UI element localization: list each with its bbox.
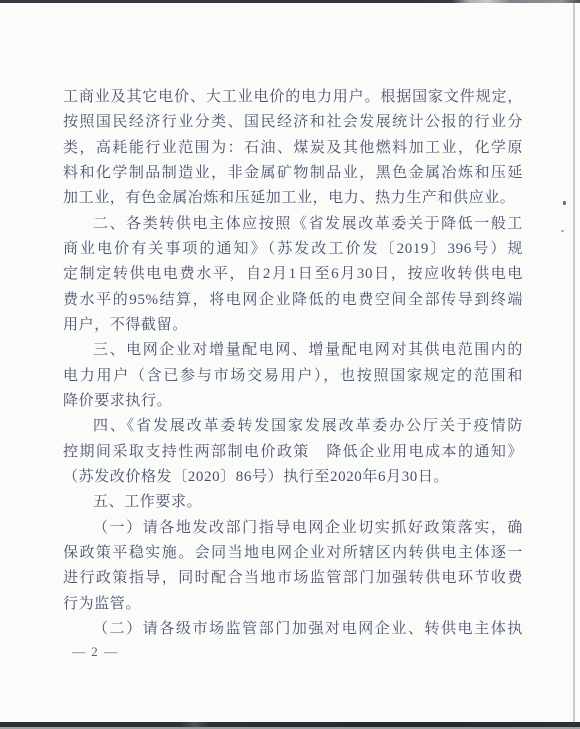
text-line: 控期间采取支持性两部制电价政策 降低企业用电成本的通知》 xyxy=(63,440,523,465)
paragraph: 工商业及其它电价、大工业电价的电力用户。根据国家文件规定，按照国民经济行业分类、… xyxy=(63,85,523,212)
page-number: — 2 — xyxy=(72,644,119,660)
paragraph: （一）请各地发改部门指导电网企业切实抓好政策落实，确保政策平稳实施。会同当地电网… xyxy=(63,516,523,617)
text-line: （一）请各地发改部门指导电网企业切实抓好政策落实，确 xyxy=(63,516,523,541)
text-line: 工商业及其它电价、大工业电价的电力用户。根据国家文件规定， xyxy=(63,85,523,110)
text-line: 用户，不得截留。 xyxy=(63,313,523,338)
text-line: 定制定转供电电费水平，自2月1日至6月30日，按应收转供电电 xyxy=(63,262,523,287)
text-line: （苏发改价格发〔2020〕86号）执行至2020年6月30日。 xyxy=(63,465,523,490)
text-line: 三、电网企业对增量配电网、增量配电网对其供电范围内的 xyxy=(63,338,523,363)
scan-speck xyxy=(561,230,564,232)
text-line: 按照国民经济行业分类、国民经济和社会发展统计公报的行业分 xyxy=(63,110,523,135)
scanned-page: 工商业及其它电价、大工业电价的电力用户。根据国家文件规定，按照国民经济行业分类、… xyxy=(0,0,580,729)
paragraph: （二）请各级市场监管部门加强对电网企业、转供电主体执 xyxy=(63,617,523,642)
text-line: 二、各类转供电主体应按照《省发展改革委关于降低一般工 xyxy=(63,212,523,237)
text-line: 五、工作要求。 xyxy=(63,490,523,515)
paragraph: 二、各类转供电主体应按照《省发展改革委关于降低一般工商业电价有关事项的通知》（苏… xyxy=(63,212,523,339)
text-line: 降价要求执行。 xyxy=(63,389,523,414)
text-line: 四、《省发展改革委转发国家发展改革委办公厅关于疫情防 xyxy=(63,414,523,439)
text-line: 电力用户（含已参与市场交易用户），也按照国家规定的范围和 xyxy=(63,364,523,389)
text-line: 行为监管。 xyxy=(63,592,523,617)
text-line: 类，高耗能行业范围为：石油、煤炭及其他燃料加工业，化学原 xyxy=(63,136,523,161)
paragraph: 四、《省发展改革委转发国家发展改革委办公厅关于疫情防控期间采取支持性两部制电价政… xyxy=(63,414,523,490)
scan-edge-right-line xyxy=(573,0,575,729)
text-line: （二）请各级市场监管部门加强对电网企业、转供电主体执 xyxy=(63,617,523,642)
text-line: 料和化学制品制造业，非金属矿物制品业，黑色金属冶炼和压延 xyxy=(63,161,523,186)
text-line: 加工业，有色金属冶炼和压延加工业，电力、热力生产和供应业。 xyxy=(63,186,523,211)
text-line: 进行政策指导，同时配合当地市场监管部门加强转供电环节收费 xyxy=(63,566,523,591)
scan-edge-top xyxy=(0,0,580,3)
text-line: 费水平的95%结算，将电网企业降低的电费空间全部传导到终端 xyxy=(63,288,523,313)
paragraph: 三、电网企业对增量配电网、增量配电网对其供电范围内的电力用户（含已参与市场交易用… xyxy=(63,338,523,414)
scan-speck xyxy=(563,201,566,205)
text-line: 商业电价有关事项的通知》（苏发改工价发〔2019〕396号）规 xyxy=(63,237,523,262)
document-body: 工商业及其它电价、大工业电价的电力用户。根据国家文件规定，按照国民经济行业分类、… xyxy=(63,85,523,642)
paragraph: 五、工作要求。 xyxy=(63,490,523,515)
text-line: 保政策平稳实施。会同当地电网企业对所辖区内转供电主体逐一 xyxy=(63,541,523,566)
